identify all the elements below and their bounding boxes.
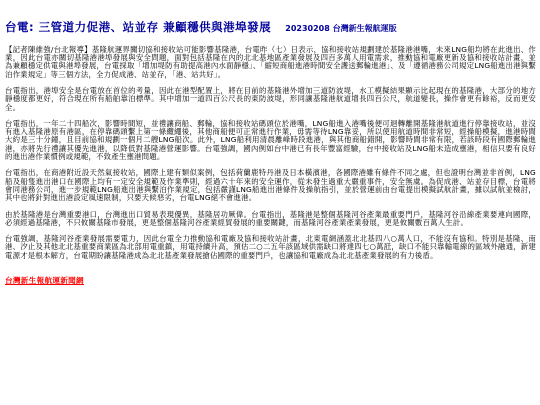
article-paragraph-lead: 【記者陳維強/台北報導】基隆航運界關切協和接收站可能影響基隆港，台電昨（七）日表… xyxy=(5,46,536,79)
article-paragraph: 台電指出，一年二十四船次，影響時間短，並禮讓商船、郵輪，協和接收站碼頭位於港嘴，… xyxy=(5,120,536,161)
article-paragraph: 由於基隆港是台灣重要港口，台灣進出口貿易表現優異，基隆居功厥偉。台電指出，基隆港… xyxy=(5,211,536,228)
page-title: 台電: 三管道力促港、站並存 兼顧穩供與港埠發展 xyxy=(5,20,271,34)
article-paragraph: 台電強調，基隆河谷產業發展需要電力，因此台電全力推動協和電廠及協和接收站計畫，北… xyxy=(5,235,536,260)
article-body: 【記者陳維強/台北報導】基隆航運界關切協和接收站可能影響基隆港，台電昨（七）日表… xyxy=(5,46,536,260)
date-edition-label: 20230208 台灣新生報航運版 xyxy=(285,24,396,33)
article-paragraph: 台電指出，在商港附近設天然氣接收站，國際上建有類似案例，包括荷蘭鹿特丹港及日本橫… xyxy=(5,169,536,202)
shipping-news-site-link[interactable]: 台灣新生報航運新聞網 xyxy=(5,275,84,286)
headline: 台電: 三管道力促港、站並存 兼顧穩供與港埠發展 20230208 台灣新生報航… xyxy=(5,2,536,39)
news-article-page: 台電: 三管道力促港、站並存 兼顧穩供與港埠發展 20230208 台灣新生報航… xyxy=(0,0,540,405)
article-paragraph: 台電指出，港埠安全是台電放在首位的考量，因此在港型配置上，將在目前的基隆港外增加… xyxy=(5,87,536,112)
